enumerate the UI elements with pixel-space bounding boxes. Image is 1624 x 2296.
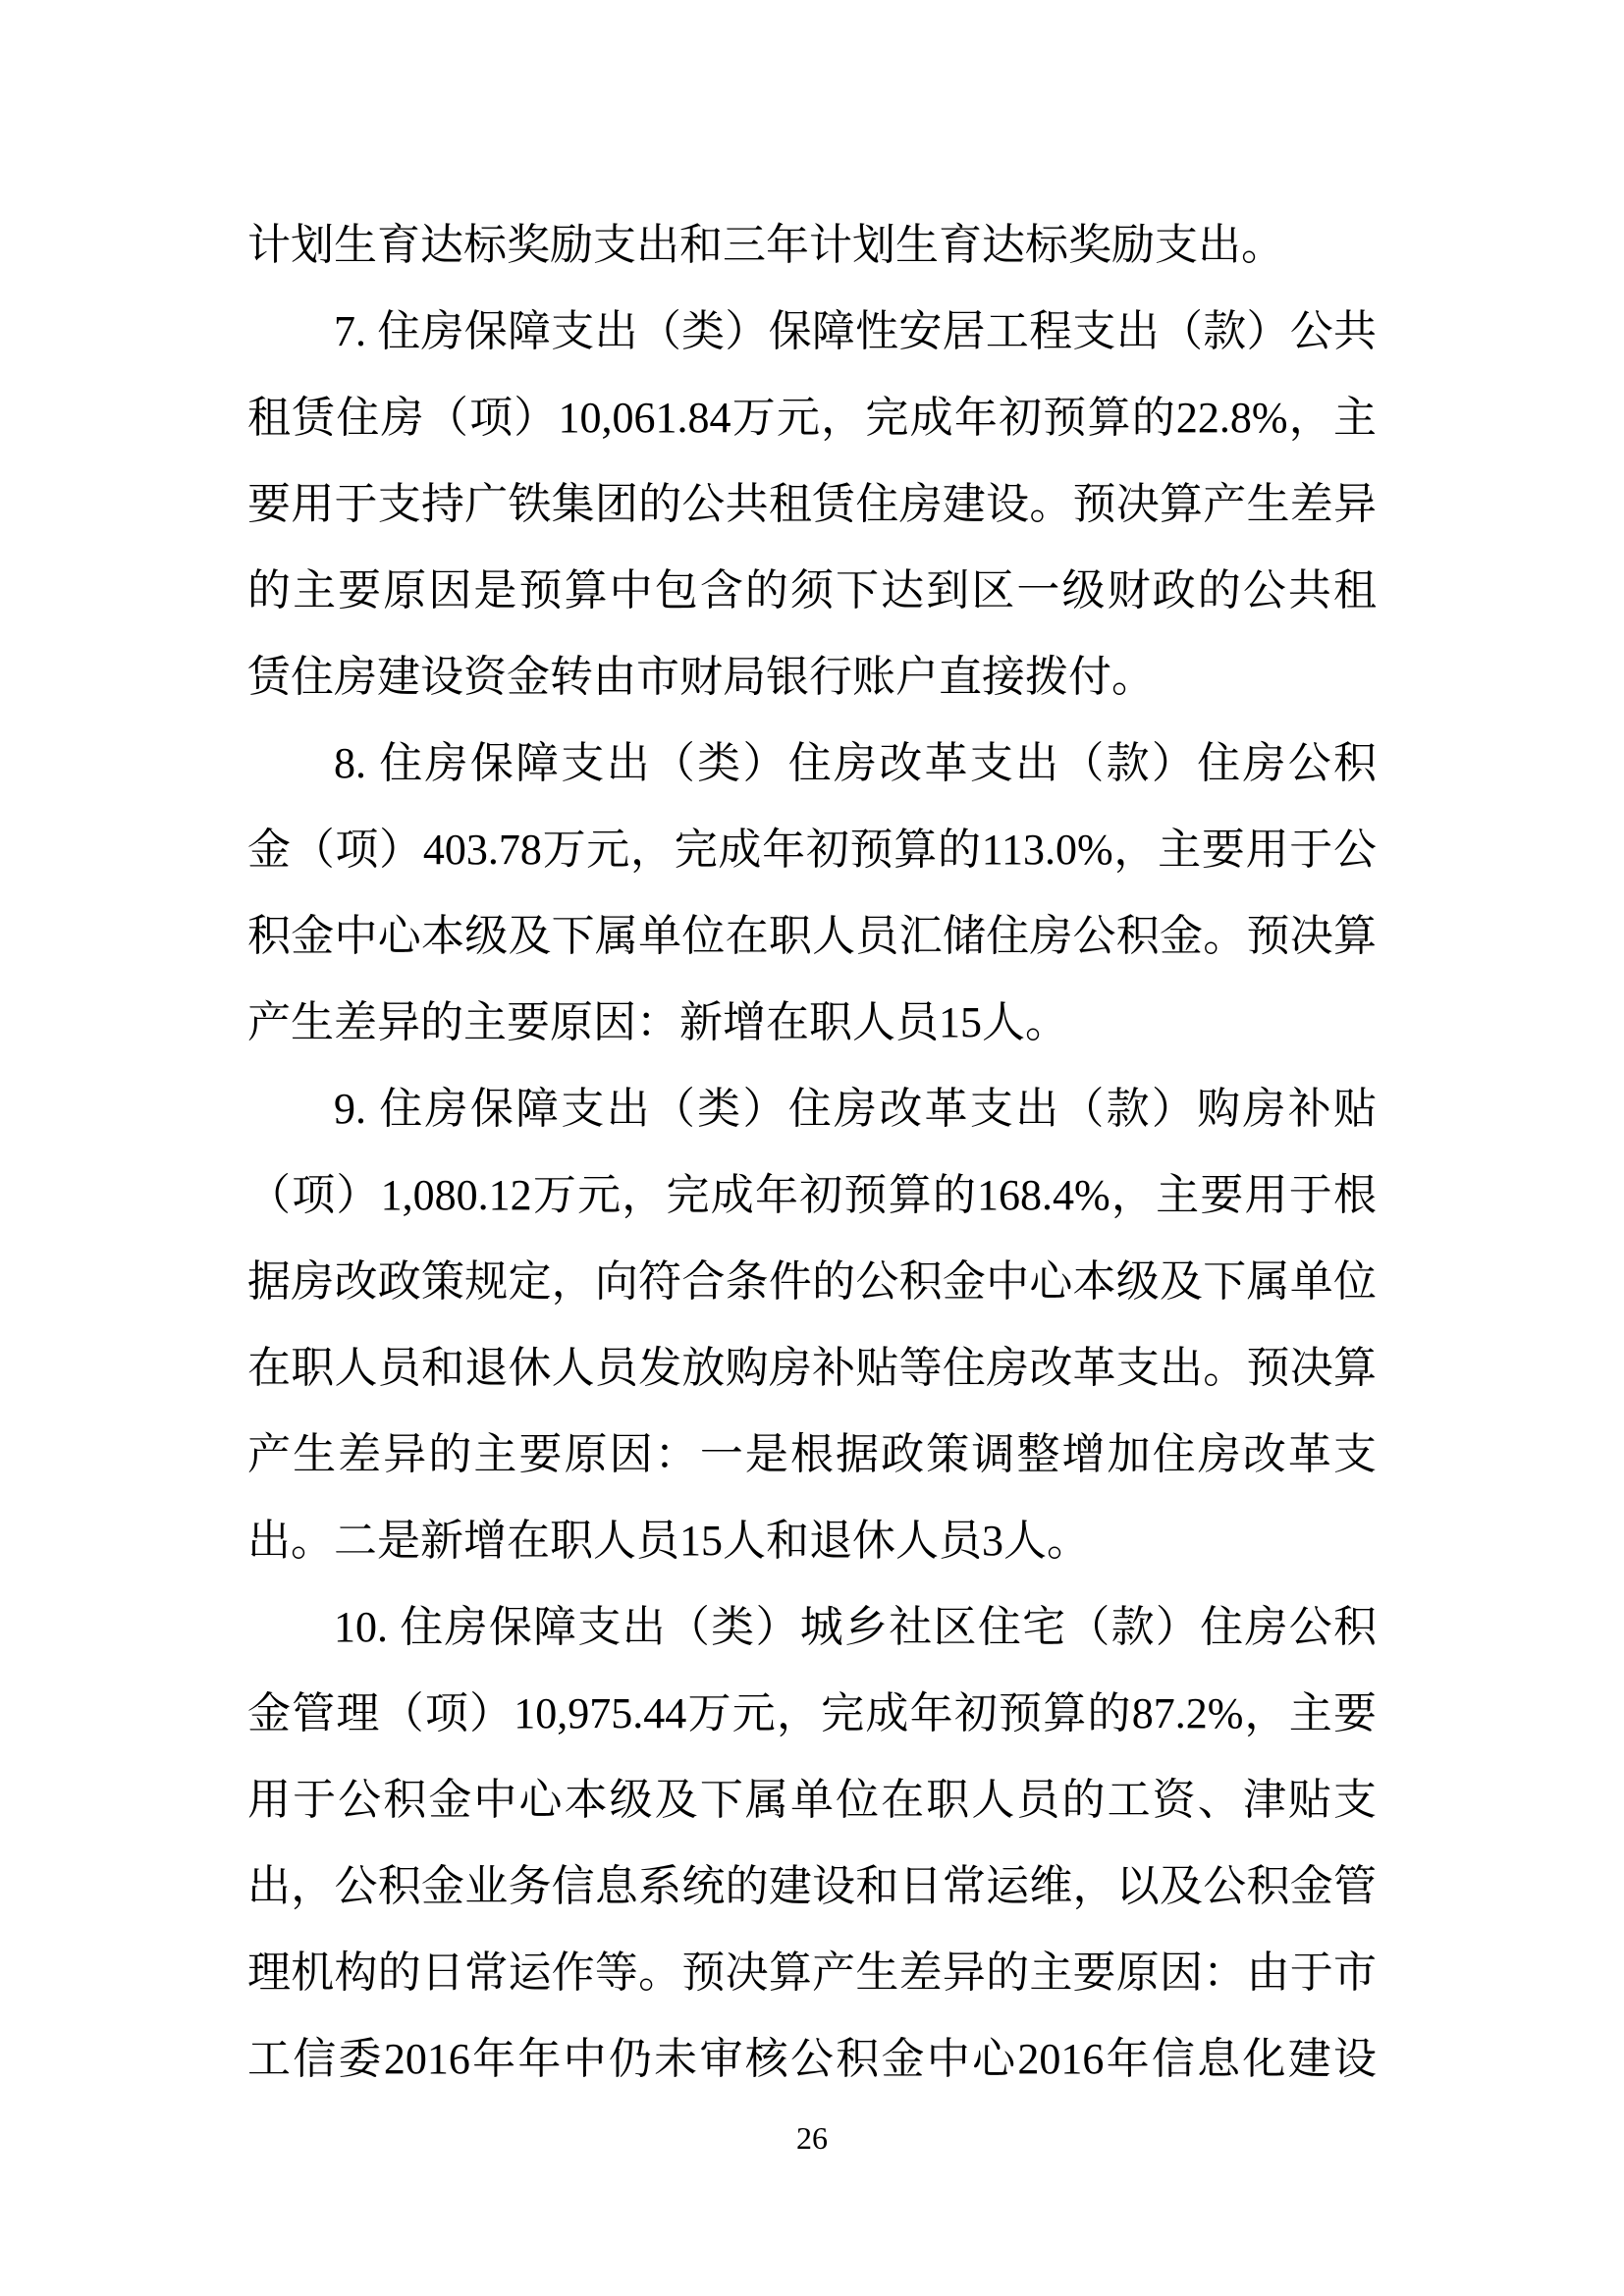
text-line: 赁住房建设资金转由市财局银行账户直接拨付。: [247, 634, 1377, 721]
text-line: 据房改政策规定，向符合条件的公积金中心本级及下属单位: [247, 1239, 1377, 1325]
text-line: 9. 住房保障支出（类）住房改革支出（款）购房补贴: [247, 1066, 1377, 1152]
text-line: 10. 住房保障支出（类）城乡社区住宅（款）住房公积: [247, 1584, 1377, 1671]
paragraph-item-8: 8. 住房保障支出（类）住房改革支出（款）住房公积金（项）403.78万元，完成…: [247, 721, 1377, 1066]
text-line: 用于公积金中心本级及下属单位在职人员的工资、津贴支: [247, 1757, 1377, 1843]
paragraph-item-7: 7. 住房保障支出（类）保障性安居工程支出（款）公共租赁住房（项）10,061.…: [247, 289, 1377, 721]
text-line: 金（项）403.78万元，完成年初预算的113.0%，主要用于公: [247, 807, 1377, 893]
text-line: 积金中心本级及下属单位在职人员汇储住房公积金。预决算: [247, 893, 1377, 980]
text-line: 租赁住房（项）10,061.84万元，完成年初预算的22.8%，主: [247, 375, 1377, 461]
text-line: 在职人员和退休人员发放购房补贴等住房改革支出。预决算: [247, 1325, 1377, 1412]
text-line: （项）1,080.12万元，完成年初预算的168.4%，主要用于根: [247, 1152, 1377, 1239]
document-page: 计划生育达标奖励支出和三年计划生育达标奖励支出。7. 住房保障支出（类）保障性安…: [0, 0, 1624, 2296]
paragraph-item-10: 10. 住房保障支出（类）城乡社区住宅（款）住房公积金管理（项）10,975.4…: [247, 1584, 1377, 2103]
text-line: 出，公积金业务信息系统的建设和日常运维，以及公积金管: [247, 1843, 1377, 1930]
text-line: 产生差异的主要原因：一是根据政策调整增加住房改革支: [247, 1412, 1377, 1498]
text-line: 理机构的日常运作等。预决算产生差异的主要原因：由于市: [247, 1930, 1377, 2016]
text-line: 出。二是新增在职人员15人和退休人员3人。: [247, 1498, 1377, 1584]
text-line: 工信委2016年年中仍未审核公积金中心2016年信息化建设: [247, 2016, 1377, 2103]
paragraph-item-9: 9. 住房保障支出（类）住房改革支出（款）购房补贴（项）1,080.12万元，完…: [247, 1066, 1377, 1584]
text-line: 的主要原因是预算中包含的须下达到区一级财政的公共租: [247, 548, 1377, 634]
text-line: 金管理（项）10,975.44万元，完成年初预算的87.2%，主要: [247, 1671, 1377, 1757]
text-line: 7. 住房保障支出（类）保障性安居工程支出（款）公共: [247, 289, 1377, 375]
text-line: 计划生育达标奖励支出和三年计划生育达标奖励支出。: [247, 202, 1377, 289]
page-number: 26: [0, 2118, 1624, 2158]
text-line: 产生差异的主要原因：新增在职人员15人。: [247, 980, 1377, 1066]
text-line: 8. 住房保障支出（类）住房改革支出（款）住房公积: [247, 721, 1377, 807]
paragraph-continuation-paragraph: 计划生育达标奖励支出和三年计划生育达标奖励支出。: [247, 202, 1377, 289]
text-line: 要用于支持广铁集团的公共租赁住房建设。预决算产生差异: [247, 461, 1377, 548]
document-body: 计划生育达标奖励支出和三年计划生育达标奖励支出。7. 住房保障支出（类）保障性安…: [247, 202, 1377, 2103]
